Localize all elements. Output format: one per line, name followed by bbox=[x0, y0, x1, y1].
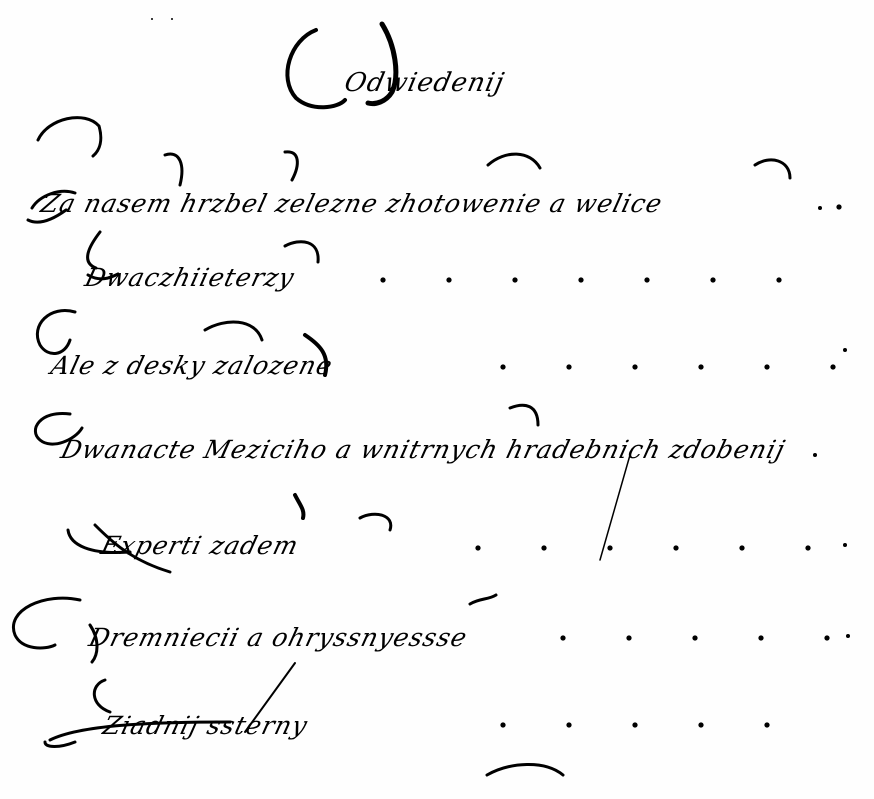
heading-initial-flourish bbox=[287, 30, 345, 107]
dot-leader bbox=[826, 450, 846, 456]
entry-label: Dwaczhiieterzy bbox=[82, 263, 298, 292]
entry-label: Ziadnij ssterny bbox=[100, 711, 311, 740]
manuscript-page: Odwiedenij Za nasem hrzbel zelezne zhoto… bbox=[0, 0, 874, 799]
toc-entry: Experti zadem bbox=[98, 520, 295, 560]
toc-entry: Dwanacte Meziciho a wnitrnych hradebnich… bbox=[58, 424, 781, 464]
entry-label: Experti zadem bbox=[98, 531, 302, 560]
dot-leader bbox=[445, 545, 855, 551]
toc-entry: Dremniecii a ohryssnyessse bbox=[86, 612, 463, 652]
entry-label: Ale z desky zalozene bbox=[48, 351, 336, 380]
entry-label: Dremniecii a ohryssnyessse bbox=[86, 623, 471, 652]
page-heading: Odwiedenij bbox=[342, 68, 507, 98]
toc-entry: Dwaczhiieterzy bbox=[82, 252, 291, 292]
entry-label: Dwanacte Meziciho a wnitrnych hradebnich… bbox=[58, 435, 788, 464]
dot-leader bbox=[530, 635, 855, 641]
entry-label: Za nasem hrzbel zelezne zhotowenie a wel… bbox=[38, 189, 666, 218]
pen-flourishes bbox=[0, 0, 874, 799]
dot-leader bbox=[806, 204, 846, 210]
toc-entry: Ziadnij ssterny bbox=[100, 700, 304, 740]
dot-leader bbox=[470, 364, 850, 370]
dot-leader bbox=[350, 277, 830, 283]
toc-entry: Ale z desky zalozene bbox=[48, 340, 329, 380]
toc-entry: Za nasem hrzbel zelezne zhotowenie a wel… bbox=[38, 178, 659, 218]
dot-leader bbox=[470, 722, 815, 728]
